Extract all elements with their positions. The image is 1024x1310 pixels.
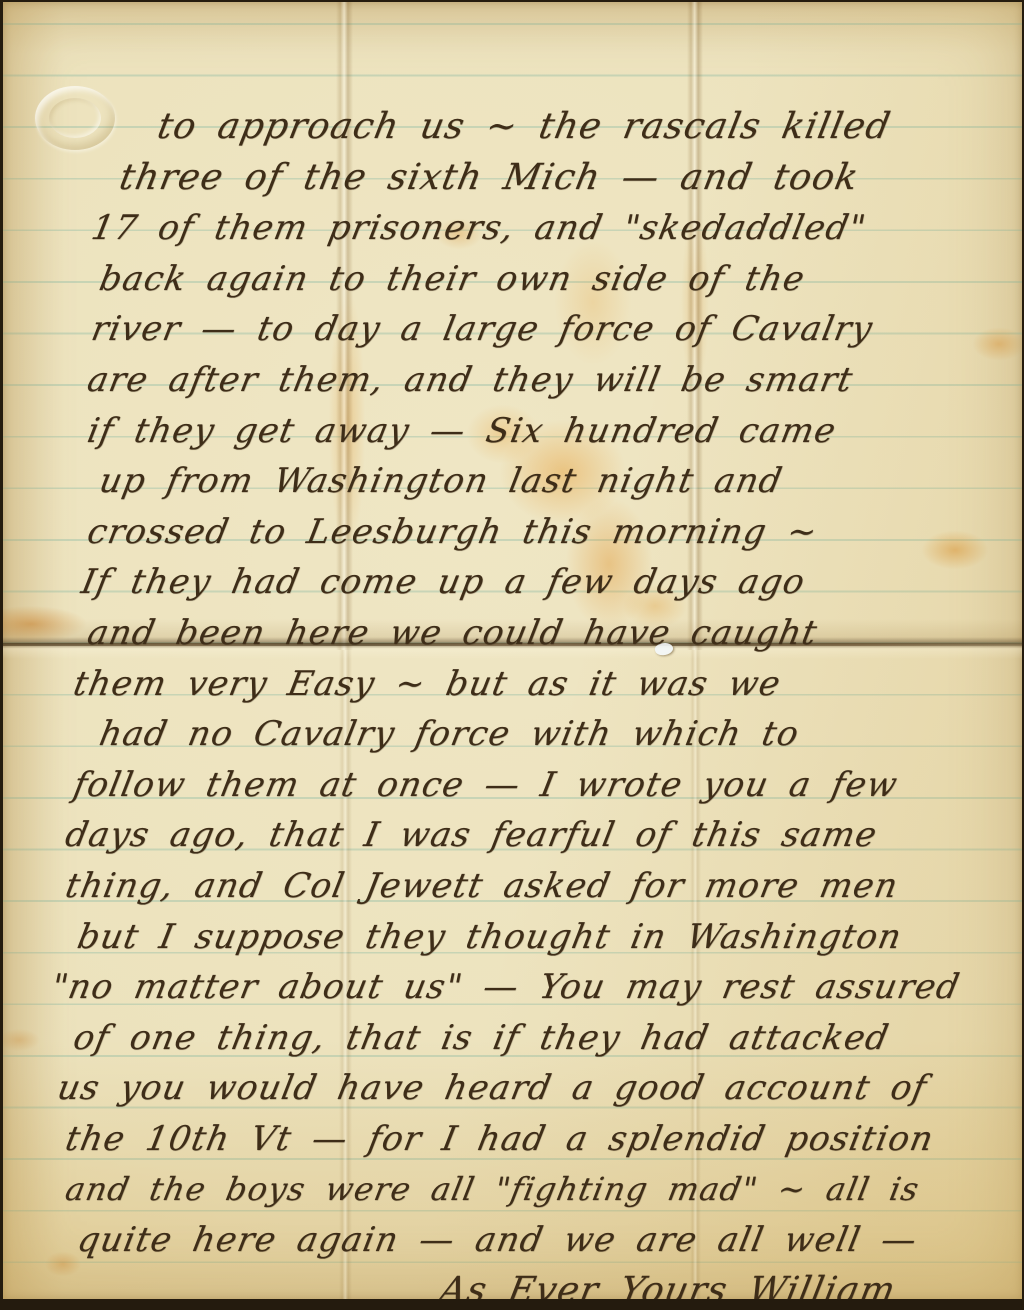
paper-tear-chip	[654, 641, 674, 656]
letter-line: back again to their own side of the	[3, 254, 1022, 305]
stain-blotches	[3, 2, 1022, 1299]
vertical-fold-crease-left	[336, 2, 353, 650]
letter-page: to approach us ~ the rascals killed thre…	[3, 2, 1022, 1299]
letter-line: 17 of them prisoners, and "skedaddled"	[3, 203, 1022, 254]
horizontal-fold-crease	[3, 619, 1022, 659]
letter-line: "no matter about us" — You may rest assu…	[3, 962, 1022, 1013]
horizontal-fold-crease-line	[3, 643, 1022, 646]
letter-line: are after them, and they will be smart	[3, 355, 1022, 406]
aging-tone-layer	[3, 2, 1022, 1299]
letter-text: to approach us ~ the rascals killed thre…	[3, 102, 1022, 1299]
vertical-fold-crease-right	[687, 2, 703, 650]
letter-line: if they get away — Six hundred came	[3, 406, 1022, 457]
letter-line: follow them at once — I wrote you a few	[3, 760, 1022, 811]
vertical-fold-crease-left-lower	[339, 650, 352, 1299]
signature-line: As Ever Yours William	[3, 1266, 1022, 1299]
letter-line: but I suppose they thought in Washington	[3, 912, 1022, 963]
letter-line: crossed to Leesburgh this morning ~	[3, 507, 1022, 558]
vertical-fold-crease-right-lower	[690, 650, 701, 1299]
ruled-lines	[3, 23, 1022, 1299]
letter-line: three of the sixth Mich — and took	[3, 153, 1022, 204]
letter-line: had no Cavalry force with which to	[3, 709, 1022, 760]
letter-line: the 10th Vt — for I had a splendid posit…	[3, 1114, 1022, 1165]
letter-line: and been here we could have caught	[3, 608, 1022, 659]
embossed-seal	[35, 86, 115, 150]
letter-line: them very Easy ~ but as it was we	[3, 659, 1022, 710]
letter-scan: to approach us ~ the rascals killed thre…	[0, 0, 1024, 1310]
letter-line: us you would have heard a good account o…	[3, 1063, 1022, 1114]
letter-line: to approach us ~ the rascals killed	[3, 102, 1022, 153]
letter-line: of one thing, that is if they had attack…	[3, 1013, 1022, 1064]
letter-line: thing, and Col Jewett asked for more men	[3, 861, 1022, 912]
letter-line: If they had come up a few days ago	[3, 557, 1022, 608]
letter-line: and the boys were all "fighting mad" ~ a…	[3, 1164, 1022, 1215]
letter-line: days ago, that I was fearful of this sam…	[3, 810, 1022, 861]
letter-line: up from Washington last night and	[3, 456, 1022, 507]
letter-line: river — to day a large force of Cavalry	[3, 304, 1022, 355]
letter-line: quite here again — and we are all well —	[3, 1215, 1022, 1266]
